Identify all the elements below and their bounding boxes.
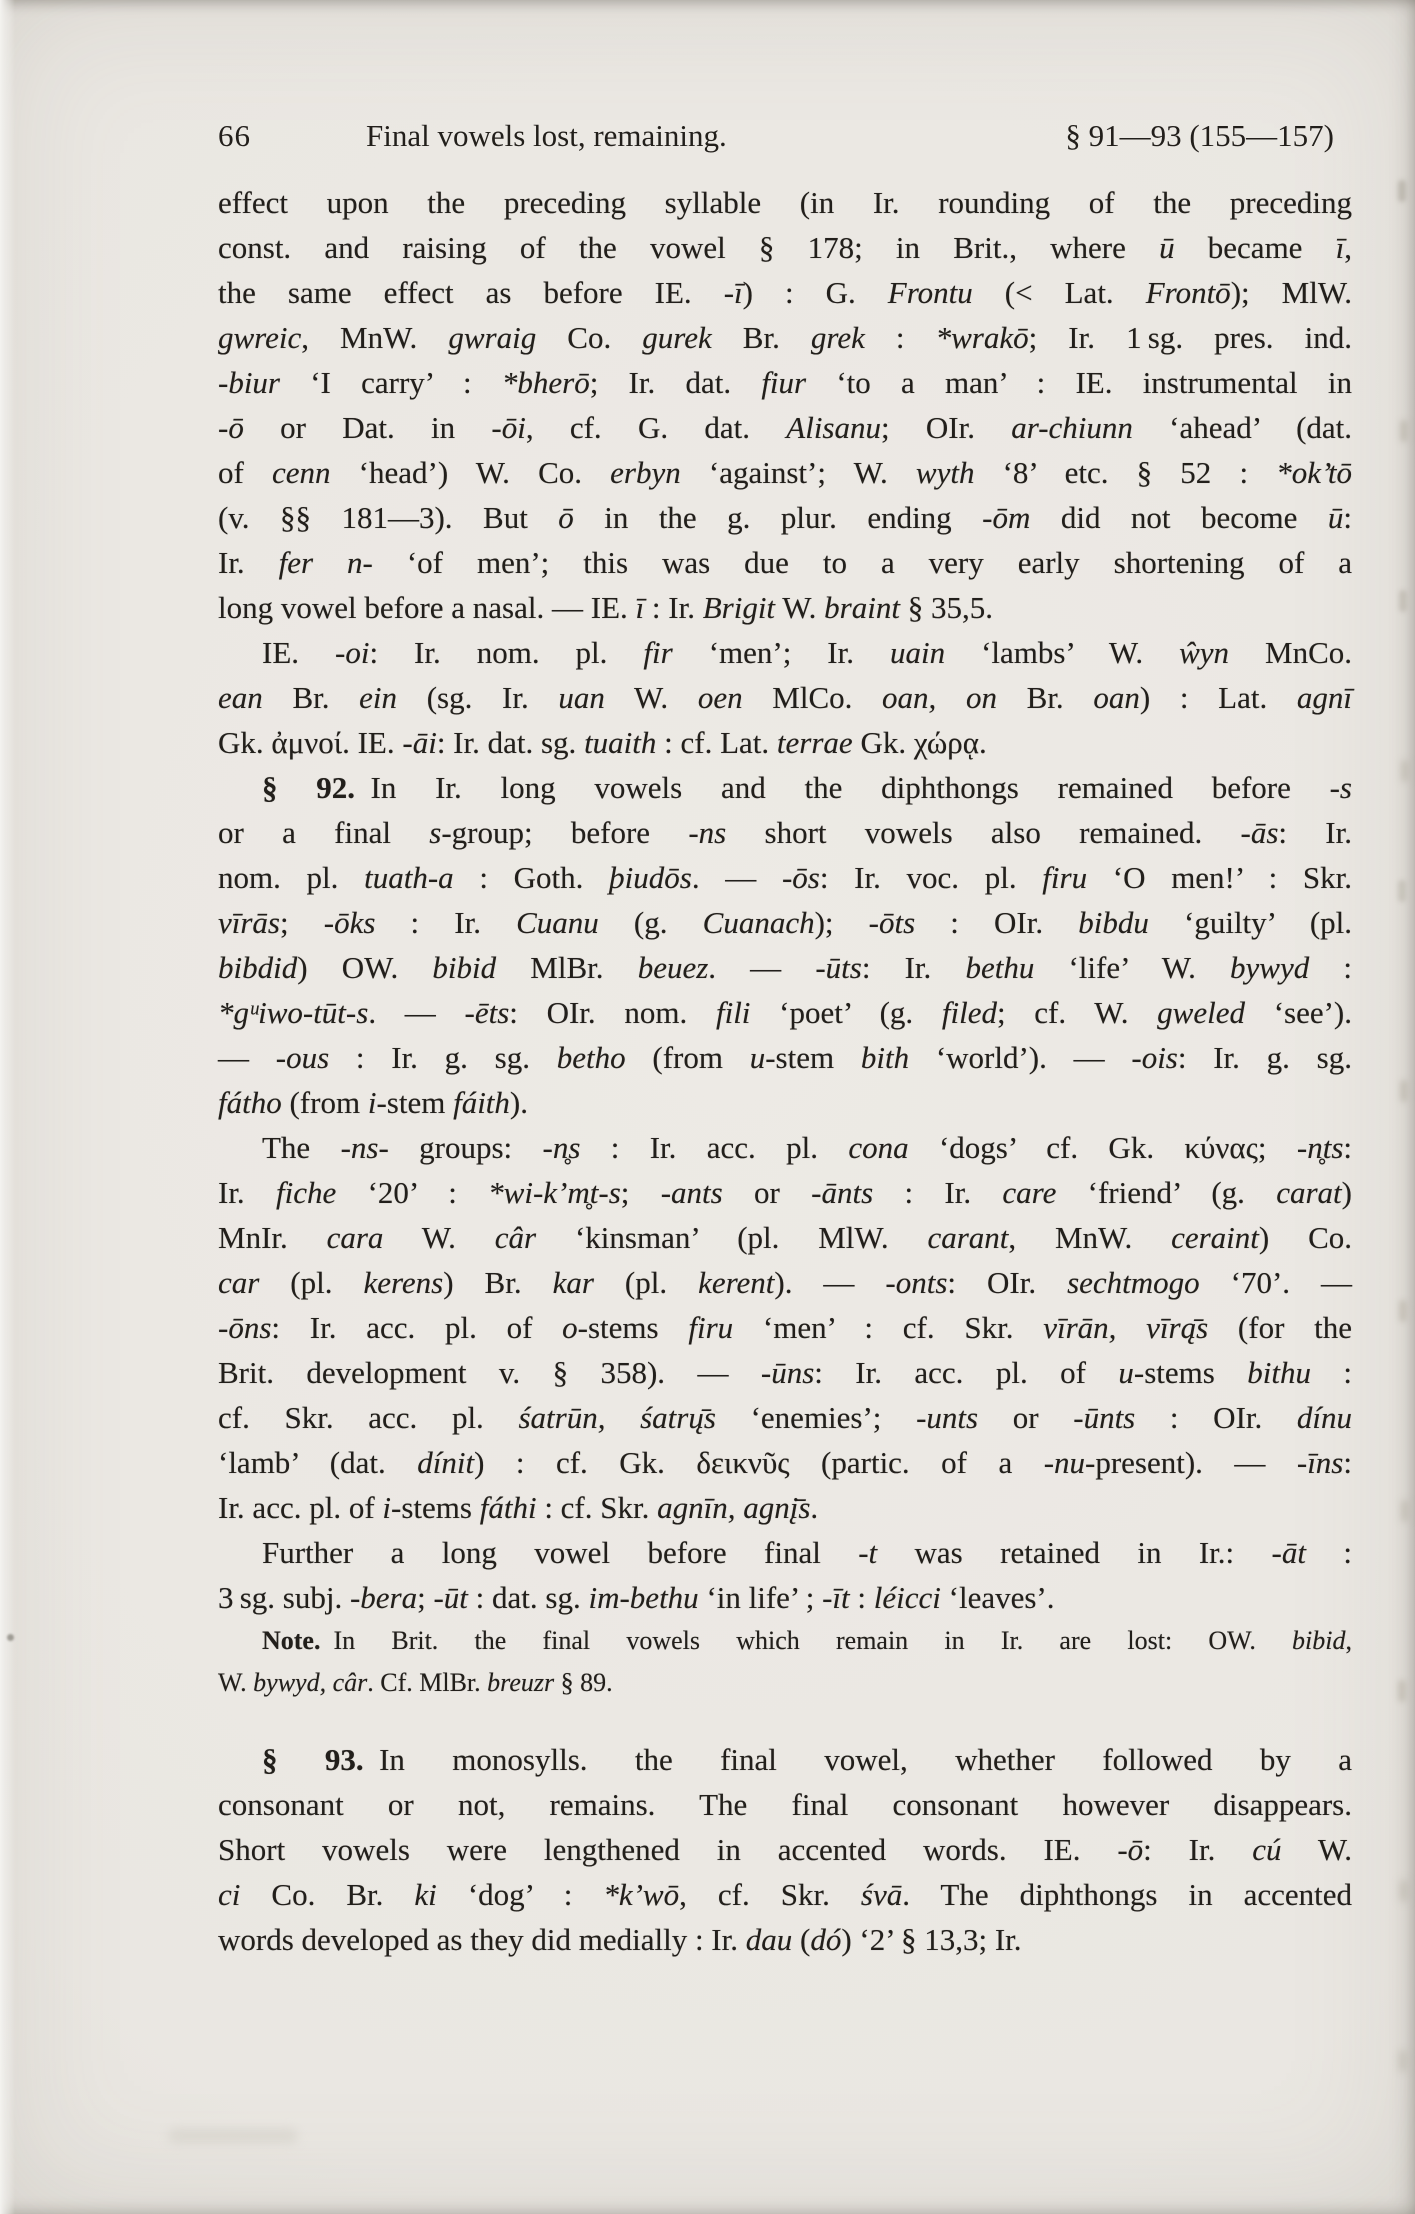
text-segment: *bherō <box>502 365 590 400</box>
text-segment: *wi-k’m̥t-s <box>488 1175 621 1210</box>
text-segment: -ants <box>661 1175 723 1210</box>
text-segment: — <box>218 1040 276 1075</box>
text-segment: ‘of men’; this was due to a very early s… <box>373 545 1352 580</box>
text-line: words developed as they did medially : I… <box>218 1917 1352 1962</box>
text-segment: : Ir. acc. pl. <box>580 1130 848 1165</box>
text-line: The -ns- groups: -n̥s : Ir. acc. pl. con… <box>218 1125 1352 1170</box>
text-segment: (pl. <box>594 1265 698 1300</box>
text-segment: fiur <box>761 365 806 400</box>
text-segment: wyth <box>916 455 975 490</box>
text-line: *gᵘiwo-tūt-s. — -ēts: OIr. nom. fili ‘po… <box>218 990 1352 1035</box>
text-segment: ‘ahead’ (dat. <box>1133 410 1352 445</box>
text-segment: , cf. Skr. <box>679 1877 861 1912</box>
text-segment: cú <box>1252 1832 1281 1867</box>
text-segment: Ir. acc. pl. of <box>218 1490 382 1525</box>
text-segment: : dat. sg. <box>468 1580 589 1615</box>
text-segment: -ūt <box>433 1580 467 1615</box>
text-segment: -stems <box>391 1490 480 1525</box>
text-segment: MlBr. <box>496 950 638 985</box>
text-segment: *wrakō <box>936 320 1029 355</box>
text-segment: cf. Skr. acc. pl. <box>218 1400 518 1435</box>
text-segment: carant <box>927 1220 1008 1255</box>
text-line: fátho (from i-stem fáith). <box>218 1080 1352 1125</box>
text-segment: -stems <box>578 1310 689 1345</box>
text-segment: fáith <box>453 1085 510 1120</box>
text-segment: bibid <box>1292 1626 1345 1655</box>
text-segment: Frontō <box>1146 275 1231 310</box>
text-segment: , cf. G. dat. <box>526 410 786 445</box>
text-segment: ); <box>815 905 869 940</box>
text-segment: -īns <box>1297 1445 1344 1480</box>
text-segment: Br. <box>712 320 811 355</box>
text-segment: Brigit <box>703 590 775 625</box>
text-line: bibdid) OW. bibid MlBr. beuez. — -ūts: I… <box>218 945 1352 990</box>
text-segment: was retained in Ir.: <box>877 1535 1271 1570</box>
text-segment: . — <box>692 860 782 895</box>
text-line: -ōns: Ir. acc. pl. of o-stems firu ‘men’… <box>218 1305 1352 1350</box>
text-segment: ‘kinsman’ (pl. MlW. <box>536 1220 927 1255</box>
text-segment: sechtmogo <box>1067 1265 1200 1300</box>
text-segment: -stems <box>1134 1355 1247 1390</box>
text-segment: -ī <box>724 275 743 310</box>
text-segment: ‘life’ W. <box>1034 950 1230 985</box>
text-segment: gurek <box>642 320 711 355</box>
text-segment: (sg. Ir. <box>397 680 558 715</box>
scan-speck <box>7 1634 14 1641</box>
text-segment: -present). — <box>1085 1445 1297 1480</box>
text-segment: -āt <box>1272 1535 1306 1570</box>
text-segment: bibdid <box>218 950 297 985</box>
text-segment: ī <box>636 590 645 625</box>
section-reference: § 91—93 (155—157) <box>1065 114 1334 158</box>
text-segment: uan <box>558 680 605 715</box>
text-segment: MlCo. <box>743 680 882 715</box>
text-line: (v. §§ 181—3). But ō in the g. plur. end… <box>218 495 1352 540</box>
text-segment: bywyd <box>1230 950 1309 985</box>
text-segment: ) ‘2’ § 13,3; Ir. <box>841 1922 1021 1957</box>
text-line: § 92. In Ir. long vowels and the diphtho… <box>218 765 1352 810</box>
text-segment: gweled <box>1157 995 1245 1030</box>
text-segment: þiudōs <box>609 860 692 895</box>
text-line: W. bywyd, câr. Cf. MlBr. breuzr § 89. <box>218 1662 1352 1704</box>
text-line: -biur ‘I carry’ : *bherō; Ir. dat. fiur … <box>218 360 1352 405</box>
text-line: ‘lamb’ (dat. dínit) : cf. Gk. δεικνῦς (p… <box>218 1440 1352 1485</box>
text-segment: ‘guilty’ (pl. <box>1149 905 1352 940</box>
text-segment: fátho <box>218 1085 282 1120</box>
text-segment: ‘70’. — <box>1200 1265 1352 1300</box>
text-segment: terrae <box>777 725 853 760</box>
text-line: cf. Skr. acc. pl. śatrūn, śatrų̄s ‘enemi… <box>218 1395 1352 1440</box>
text-segment: IE. <box>262 635 335 670</box>
text-segment: -n̥s <box>543 1130 581 1165</box>
text-segment: ī <box>1336 230 1345 265</box>
text-segment: ‘see’). <box>1245 995 1352 1030</box>
text-segment: -onts <box>885 1265 947 1300</box>
text-line: -ō or Dat. in -ōi, cf. G. dat. Alisanu; … <box>218 405 1352 450</box>
text-segment: ‘in life’ ; <box>699 1580 822 1615</box>
text-segment: fiche <box>276 1175 336 1210</box>
text-segment: tuaith <box>584 725 656 760</box>
text-segment: ; <box>417 1580 433 1615</box>
text-segment: ‘world’). — <box>909 1040 1131 1075</box>
text-line: § 93. In monosylls. the final vowel, whe… <box>218 1737 1352 1782</box>
text-segment: -āi <box>402 725 436 760</box>
text-line: Note. In Brit. the final vowels which re… <box>218 1620 1352 1662</box>
text-line: IE. -oi: Ir. nom. pl. fir ‘men’; Ir. uai… <box>218 630 1352 675</box>
text-segment: bethu <box>965 950 1034 985</box>
text-segment: -ānts <box>811 1175 873 1210</box>
text-segment: ‘lamb’ (dat. <box>218 1445 417 1480</box>
text-segment: care <box>1002 1175 1056 1210</box>
text-segment: (from <box>626 1040 750 1075</box>
text-segment: ki <box>414 1877 436 1912</box>
text-segment: -ns- <box>341 1130 389 1165</box>
text-segment: Gk. ἀμνοί. IE. <box>218 725 402 760</box>
text-segment: : cf. Skr. <box>537 1490 658 1525</box>
text-line: consonant or not, remains. The final con… <box>218 1782 1352 1827</box>
text-segment: : Ir. g. sg. <box>329 1040 557 1075</box>
text-segment: groups: <box>389 1130 543 1165</box>
text-segment: ‘men’; Ir. <box>673 635 890 670</box>
text-segment: ‘dogs’ cf. Gk. κύνας; <box>909 1130 1297 1165</box>
text-segment: beuez <box>638 950 709 985</box>
text-segment: : Ir. <box>644 590 703 625</box>
text-segment: The <box>262 1130 341 1165</box>
text-segment: bith <box>861 1040 909 1075</box>
text-segment: 3 sg. subj. <box>218 1580 350 1615</box>
text-segment: *ok’tō <box>1276 455 1352 490</box>
text-segment: short vowels also remained. <box>726 815 1240 850</box>
text-segment: ‘enemies’; <box>716 1400 916 1435</box>
text-segment: . — <box>708 950 815 985</box>
text-segment: ) : G. <box>743 275 888 310</box>
text-segment: , <box>1346 1626 1353 1655</box>
text-segment: bywyd, câr <box>253 1668 367 1697</box>
text-segment: long vowel before a nasal. — IE. <box>218 590 636 625</box>
text-segment: ). — <box>774 1265 885 1300</box>
text-segment: : cf. Lat. <box>656 725 777 760</box>
text-segment: : Ir. <box>1143 1832 1252 1867</box>
text-line: nom. pl. tuath-a : Goth. þiudōs. — -ōs: … <box>218 855 1352 900</box>
text-segment: *gᵘiwo-tūt-s <box>218 995 368 1030</box>
text-segment: Note. <box>262 1626 320 1655</box>
text-segment: śatrūn, śatrų̄s <box>518 1400 715 1435</box>
text-segment: dínu <box>1297 1400 1352 1435</box>
text-segment: : <box>1306 1535 1352 1570</box>
text-segment: -ōks <box>324 905 376 940</box>
text-segment: : <box>1311 1355 1352 1390</box>
text-segment: gwraig <box>448 320 536 355</box>
text-segment: Br. <box>997 680 1093 715</box>
text-segment: did not become <box>1030 500 1327 535</box>
text-segment: MnIr. <box>218 1220 327 1255</box>
text-segment: fili <box>716 995 750 1030</box>
text-segment: o <box>562 1310 578 1345</box>
text-segment: -t <box>858 1535 877 1570</box>
text-segment: firu <box>1042 860 1087 895</box>
text-segment: consonant or not, remains. The final con… <box>218 1787 1352 1822</box>
text-segment: -ōi <box>491 410 525 445</box>
text-segment: kerens <box>363 1265 443 1300</box>
text-segment: câr <box>495 1220 536 1255</box>
text-segment: W. <box>1282 1832 1352 1867</box>
text-segment: : Ir. acc. pl. of <box>814 1355 1118 1390</box>
text-segment: : Ir. voc. pl. <box>820 860 1042 895</box>
text-segment: -ōts <box>869 905 916 940</box>
text-segment: ‘20’ : <box>336 1175 488 1210</box>
text-segment: cenn <box>272 455 331 490</box>
text-segment: ) <box>1342 1175 1352 1210</box>
page-number: 66 <box>218 114 251 158</box>
text-segment: : <box>1343 1130 1352 1165</box>
scan-showthrough-smudges <box>1398 120 1406 142</box>
text-segment: const. and raising of the vowel § 178; i… <box>218 230 1159 265</box>
text-segment: , <box>1344 230 1352 265</box>
text-segment: oen <box>698 680 743 715</box>
running-title: Final vowels lost, remaining. <box>366 114 727 158</box>
text-segment: -biur <box>218 365 280 400</box>
text-segment: braint <box>824 590 900 625</box>
text-segment: words developed as they did medially : I… <box>218 1922 746 1957</box>
text-segment: In monosylls. the final vowel, whether f… <box>364 1742 1352 1777</box>
text-segment: : Ir. <box>1278 815 1352 850</box>
text-segment: : Ir. g. sg. <box>1178 1040 1352 1075</box>
text-segment: śvā <box>861 1877 902 1912</box>
text-segment: fáthi <box>480 1490 537 1525</box>
text-segment: Frontu <box>888 275 973 310</box>
text-segment: W. <box>605 680 698 715</box>
text-segment: effect upon the preceding syllable (in I… <box>218 185 1352 220</box>
text-segment: (g. <box>599 905 703 940</box>
text-line: long vowel before a nasal. — IE. ī : Ir.… <box>218 585 1352 630</box>
text-segment: firu <box>688 1310 733 1345</box>
text-segment: ; <box>280 905 324 940</box>
text-segment: -ēts <box>465 995 510 1030</box>
text-segment: Br. <box>263 680 359 715</box>
book-page: 66 Final vowels lost, remaining. § 91—93… <box>0 0 1415 2214</box>
text-segment: . The diphthongs in accented <box>902 1877 1352 1912</box>
text-line: MnIr. cara W. câr ‘kinsman’ (pl. MlW. ca… <box>218 1215 1352 1260</box>
text-segment: : Ir. nom. pl. <box>369 635 643 670</box>
text-segment: ‘O men!’ : Skr. <box>1087 860 1352 895</box>
text-segment: : OIr. <box>947 1265 1067 1300</box>
text-segment: tuath-a <box>364 860 454 895</box>
text-segment: oan, on <box>882 680 997 715</box>
text-segment: cona <box>848 1130 908 1165</box>
text-segment: -ōns <box>218 1310 271 1345</box>
text-segment: W. <box>218 1668 253 1697</box>
text-segment: ‘men’ : cf. Skr. <box>733 1310 1043 1345</box>
text-line: car (pl. kerens) Br. kar (pl. kerent). —… <box>218 1260 1352 1305</box>
text-line: the same effect as before IE. -ī) : G. F… <box>218 270 1352 315</box>
text-segment: agnīn, agnį̄s <box>657 1490 810 1525</box>
text-line: const. and raising of the vowel § 178; i… <box>218 225 1352 270</box>
text-segment: uain <box>890 635 945 670</box>
text-segment: gwreic <box>218 320 301 355</box>
text-segment: ceraint <box>1171 1220 1259 1255</box>
text-segment: carat <box>1276 1175 1341 1210</box>
text-segment: ); MlW. <box>1231 275 1352 310</box>
text-segment: léicci <box>874 1580 941 1615</box>
text-segment: W. <box>383 1220 494 1255</box>
text-segment: -ūns <box>761 1355 814 1390</box>
text-segment: fir <box>643 635 672 670</box>
text-segment: cara <box>327 1220 384 1255</box>
text-segment: dínit <box>417 1445 474 1480</box>
text-segment: Co. Br. <box>240 1877 414 1912</box>
text-segment: ‘dog’ : <box>437 1877 604 1912</box>
text-block: effect upon the preceding syllable (in I… <box>218 180 1352 1962</box>
scan-edge-highlight <box>0 0 15 2214</box>
text-segment: dau <box>746 1922 793 1957</box>
text-segment: ; Ir. dat. <box>590 365 762 400</box>
text-segment: § 93. <box>262 1742 364 1777</box>
text-segment: ) : Lat. <box>1140 680 1297 715</box>
text-segment: ( <box>792 1922 810 1957</box>
text-line: gwreic, MnW. gwraig Co. gurek Br. grek :… <box>218 315 1352 360</box>
text-segment: ar-chiunn <box>1011 410 1133 445</box>
text-segment: ean <box>218 680 263 715</box>
text-segment: -unts <box>916 1400 978 1435</box>
text-line: of cenn ‘head’) W. Co. erbyn ‘against’; … <box>218 450 1352 495</box>
text-segment: -nu <box>1044 1445 1085 1480</box>
text-segment: dó <box>810 1922 841 1957</box>
text-segment: , MnW. <box>301 320 448 355</box>
text-segment: kerent <box>698 1265 774 1300</box>
text-segment: -stem <box>765 1040 861 1075</box>
text-segment: s <box>429 815 441 850</box>
text-line: or a final s-group; before -ns short vow… <box>218 810 1352 855</box>
text-segment: (< Lat. <box>973 275 1146 310</box>
text-segment: agnī <box>1297 680 1352 715</box>
text-segment: : Ir. dat. sg. <box>437 725 584 760</box>
text-segment: (pl. <box>259 1265 363 1300</box>
text-segment: vīrān, vīrą̄s <box>1043 1310 1208 1345</box>
text-segment: car <box>218 1265 259 1300</box>
text-segment: the same effect as before IE. <box>218 275 724 310</box>
text-segment: -ūts <box>815 950 862 985</box>
text-segment: of <box>218 455 272 490</box>
text-segment: ‘head’) W. Co. <box>331 455 611 490</box>
text-line: Gk. ἀμνοί. IE. -āi: Ir. dat. sg. tuaith … <box>218 720 1352 765</box>
text-segment: : <box>1343 1445 1352 1480</box>
text-segment: -bera <box>350 1580 417 1615</box>
text-segment: breuzr <box>487 1668 554 1697</box>
text-segment: Gk. χώρᾳ. <box>853 725 987 760</box>
text-line: 3 sg. subj. -bera; -ūt : dat. sg. im-bet… <box>218 1575 1352 1620</box>
text-segment: filed <box>942 995 997 1030</box>
text-segment: ‘friend’ (g. <box>1056 1175 1276 1210</box>
text-segment: -oi <box>335 635 369 670</box>
text-segment: ‘against’; W. <box>681 455 916 490</box>
text-segment: u <box>1118 1355 1134 1390</box>
text-segment: § 92. <box>262 770 355 805</box>
text-segment: -ous <box>276 1040 329 1075</box>
text-segment: ō <box>558 500 574 535</box>
text-segment: Ir. <box>218 1175 276 1210</box>
text-segment: -ās <box>1241 815 1279 850</box>
text-segment: ‘to a man’ : IE. instrumental in <box>806 365 1352 400</box>
text-segment: : OIr. <box>915 905 1078 940</box>
text-segment: Short vowels were lengthened in accented… <box>218 1832 1117 1867</box>
scan-ghost-text <box>168 2128 298 2144</box>
text-segment: : OIr. nom. <box>509 995 716 1030</box>
text-segment: ū <box>1159 230 1175 265</box>
text-segment: : OIr. <box>1135 1400 1297 1435</box>
page-header: 66 Final vowels lost, remaining. § 91—93… <box>218 114 1352 158</box>
text-segment: Ir. <box>218 545 279 580</box>
text-segment: : <box>1343 500 1352 535</box>
text-segment: (for the <box>1208 1310 1352 1345</box>
text-segment: MnCo. <box>1229 635 1352 670</box>
text-segment: bibdu <box>1078 905 1149 940</box>
text-segment: bithu <box>1247 1355 1311 1390</box>
text-segment: ‘I carry’ : <box>280 365 502 400</box>
text-segment: -stem <box>376 1085 453 1120</box>
text-segment: u <box>750 1040 766 1075</box>
text-segment: -īt <box>822 1580 850 1615</box>
text-line: Brit. development v. § 358). — -ūns: Ir.… <box>218 1350 1352 1395</box>
text-segment: ŵyn <box>1179 635 1229 670</box>
text-segment: or Dat. in <box>244 410 492 445</box>
text-segment: ū <box>1328 500 1344 535</box>
text-line: Short vowels were lengthened in accented… <box>218 1827 1352 1872</box>
text-segment: grek <box>811 320 865 355</box>
text-line: Ir. fer n- ‘of men’; this was due to a v… <box>218 540 1352 585</box>
text-segment: in the g. plur. ending <box>574 500 982 535</box>
text-segment: ). <box>510 1085 528 1120</box>
text-segment: Cuanach <box>703 905 815 940</box>
text-segment: ) OW. <box>297 950 432 985</box>
text-segment: ein <box>359 680 397 715</box>
text-segment: ‘poet’ (g. <box>750 995 941 1030</box>
text-segment: : <box>1309 950 1352 985</box>
text-segment: ; cf. W. <box>997 995 1157 1030</box>
text-segment: betho <box>557 1040 626 1075</box>
text-segment: -ō <box>218 410 244 445</box>
text-segment: : Ir. <box>862 950 966 985</box>
text-segment: nom. pl. <box>218 860 364 895</box>
text-line: Ir. acc. pl. of i-stems fáthi : cf. Skr.… <box>218 1485 1352 1530</box>
text-segment: ‘8’ etc. § 52 : <box>974 455 1276 490</box>
text-segment: In Ir. long vowels and the diphthongs re… <box>355 770 1330 805</box>
text-segment: ) : cf. Gk. δεικνῦς (partic. of a <box>474 1445 1044 1480</box>
text-segment: erbyn <box>610 455 681 490</box>
text-segment: ; OIr. <box>881 410 1011 445</box>
text-segment: : Ir. <box>375 905 516 940</box>
text-segment: ‘leaves’. <box>941 1580 1055 1615</box>
text-segment: fer n- <box>279 545 373 580</box>
text-segment: became <box>1175 230 1336 265</box>
text-segment: or <box>978 1400 1073 1435</box>
text-segment: Co. <box>536 320 642 355</box>
text-segment: Further a long vowel before final <box>262 1535 858 1570</box>
text-segment: : <box>850 1580 874 1615</box>
text-segment: -n̥ts <box>1297 1130 1344 1165</box>
text-segment: : <box>865 320 936 355</box>
text-segment: (v. §§ 181—3). But <box>218 500 558 535</box>
text-segment: -group; before <box>441 815 688 850</box>
text-segment: ci <box>218 1877 240 1912</box>
text-segment: . — <box>368 995 464 1030</box>
text-segment: In Brit. the final vowels which remain i… <box>320 1626 1292 1655</box>
text-segment: ) Br. <box>443 1265 552 1300</box>
text-segment: or <box>723 1175 811 1210</box>
text-segment: -s <box>1330 770 1352 805</box>
text-line: ean Br. ein (sg. Ir. uan W. oen MlCo. oa… <box>218 675 1352 720</box>
text-segment: vīrās <box>218 905 280 940</box>
text-segment: i <box>382 1490 391 1525</box>
